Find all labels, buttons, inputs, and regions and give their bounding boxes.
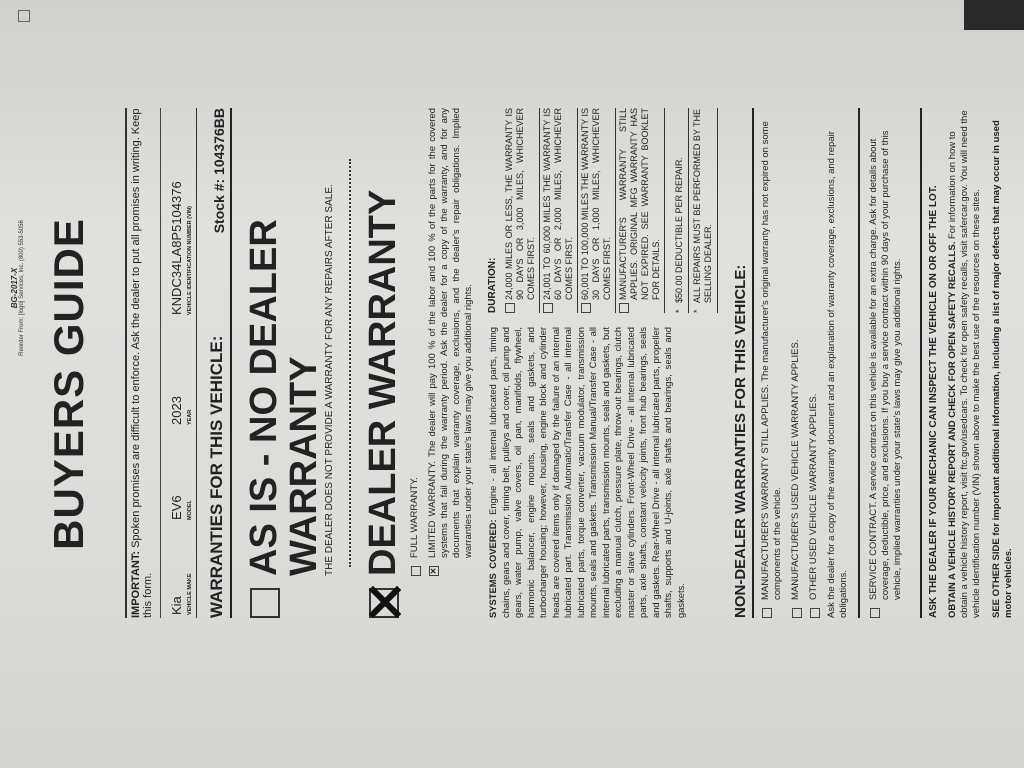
non-dealer-note: Ask the dealer for a copy of the warrant… (826, 108, 860, 618)
duration-options: 24,000 MILES OR LESS, THE WARRANTY IS 90… (502, 108, 665, 313)
duration-checkbox[interactable] (619, 303, 629, 313)
reorder-line: Reorder From: [logo] Services, Inc. (800… (19, 220, 25, 356)
form-body: IMPORTANT: Spoken promises are difficult… (125, 108, 1024, 618)
page-title: BUYERS GUIDE (45, 0, 93, 768)
non-dealer-option: MANUFACTURER'S USED VEHICLE WARRANTY APP… (790, 108, 802, 618)
stock-number: Stock #: 104376BB (211, 108, 227, 233)
service-contract-checkbox[interactable] (870, 608, 880, 618)
warranties-heading: WARRANTIES FOR THIS VEHICLE: Stock #: 10… (207, 108, 232, 618)
vehicle-year-field: 2023 YEAR (169, 318, 197, 428)
systems-covered: SYSTEMS COVERED: Engine - all internal l… (487, 327, 718, 618)
vehicle-model-field: EV6 MODEL (169, 428, 197, 523)
duration-note: *ALL REPAIRS MUST BE PERFORMED BY THE SE… (689, 108, 718, 313)
limited-warranty-option: ✕ LIMITED WARRANTY. The dealer will pay … (427, 108, 475, 576)
history-report: OBTAIN A VEHICLE HISTORY REPORT AND CHEC… (947, 108, 983, 618)
non-dealer-heading: NON-DEALER WARRANTIES FOR THIS VEHICLE: (732, 108, 754, 618)
duration-note: *$50.00 DEDUCTIBLE PER REPAIR. (671, 108, 689, 313)
non-dealer-options: MANUFACTURER'S WARRANTY STILL APPLIES. T… (760, 108, 820, 618)
ask-mechanic: ASK THE DEALER IF YOUR MECHANIC CAN INSP… (920, 108, 939, 618)
see-other-side: SEE OTHER SIDE for important additional … (991, 108, 1015, 618)
duration-section: DURATION: 24,000 MILES OR LESS, THE WARR… (487, 108, 718, 313)
dealer-warranty-option: DEALER WARRANTY FULL WARRANTY. ✕ LIMITED… (363, 108, 475, 618)
duration-option: 60,001 TO 100,000 MILES THE WARRANTY IS … (578, 108, 616, 313)
buyers-guide-page: BG-2017-X Reorder From: [logo] Services,… (0, 0, 1024, 768)
duration-option: 24,000 MILES OR LESS, THE WARRANTY IS 90… (502, 108, 540, 313)
important-notice: IMPORTANT: Spoken promises are difficult… (127, 108, 160, 618)
as-is-checkbox[interactable] (250, 588, 280, 618)
vehicle-make-field: Kia VEHICLE MAKE (169, 523, 197, 618)
dotted-divider (349, 159, 351, 567)
non-dealer-option: MANUFACTURER'S WARRANTY STILL APPLIES. T… (760, 108, 784, 618)
limited-warranty-checkbox[interactable]: ✕ (429, 566, 439, 576)
form-header: BG-2017-X Reorder From: [logo] Services,… (10, 138, 25, 438)
page-edge-shadow (964, 0, 1024, 30)
dealer-warranty-checkbox[interactable] (369, 588, 399, 618)
corner-checkbox[interactable] (18, 10, 30, 22)
duration-notes: *$50.00 DEDUCTIBLE PER REPAIR.*ALL REPAI… (671, 108, 718, 313)
non-dealer-checkbox[interactable] (762, 608, 772, 618)
vehicle-info: Kia VEHICLE MAKE EV6 MODEL 2023 YEAR KND… (161, 108, 197, 618)
duration-option: MANUFACTURER'S WARRANTY STILL APPLIES. O… (616, 108, 665, 313)
duration-option: 24,001 TO 60,000 MILES THE WARRANTY IS 6… (540, 108, 578, 313)
coverage-section: SYSTEMS COVERED: Engine - all internal l… (487, 108, 718, 618)
full-warranty-option: FULL WARRANTY. (409, 108, 421, 576)
full-warranty-checkbox[interactable] (411, 566, 421, 576)
duration-checkbox[interactable] (543, 303, 553, 313)
vin-field: KNDC34LA8P5104376 VEHICLE IDENTIFICATION… (169, 108, 197, 318)
non-dealer-checkbox[interactable] (810, 608, 820, 618)
form-number: BG-2017-X (10, 138, 19, 438)
duration-checkbox[interactable] (581, 303, 591, 313)
non-dealer-checkbox[interactable] (792, 608, 802, 618)
as-is-option: AS IS - NO DEALER WARRANTY THE DEALER DO… (244, 108, 335, 618)
service-contract-option: SERVICE CONTRACT. A service contract on … (868, 108, 912, 618)
non-dealer-option: OTHER USED VEHICLE WARRANTY APPLIES. (808, 108, 820, 618)
duration-checkbox[interactable] (505, 303, 515, 313)
